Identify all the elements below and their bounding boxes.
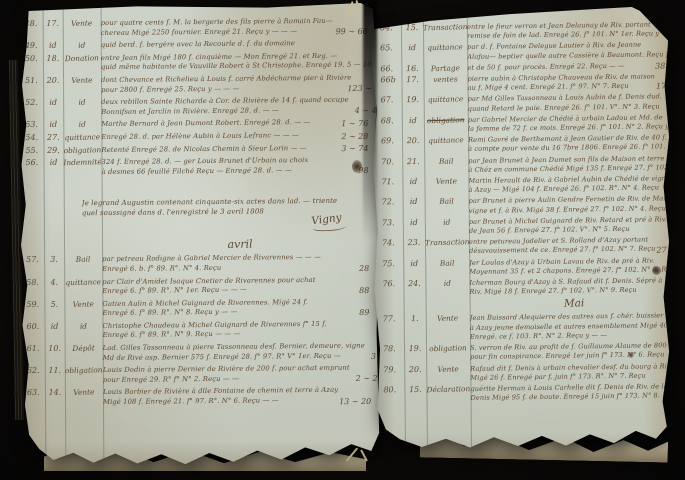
- archival-scan: 48.17.Ventepour quatre cents f. M. la be…: [0, 0, 685, 480]
- entry-type: Vente: [64, 299, 102, 319]
- right-may-entries: 77.1.VenteJean Buissard Alequierre des a…: [381, 312, 672, 404]
- entry-text-line: Enregé 28. d. par Hélène Aubin à Louis L…: [101, 131, 335, 143]
- entry-text-line: Enregé 6. f° 89. R°. N° 1er. Reçu — — —: [102, 285, 336, 297]
- entry-day: 10.: [45, 344, 65, 363]
- entry-day: 1.: [404, 314, 426, 342]
- entry-text: entre petureau Jodelier et S. Rolland d'…: [469, 236, 685, 257]
- entry-text: par Clair d'Amidet Isaque Cnetier de Riv…: [102, 275, 372, 296]
- entry-number: 78.: [381, 344, 404, 363]
- entry-day: id: [43, 41, 63, 51]
- entry-type: quittance: [423, 43, 467, 63]
- ledger-entry: 75.idBailJer Loulas d'Azay à Urbain Lava…: [380, 256, 670, 277]
- entry-number: 74.: [380, 238, 403, 257]
- ink-blot: [352, 160, 362, 173]
- entry-text-line: quand Retard le paie. Enregé 26. f° 101.…: [468, 102, 663, 114]
- entry-number: 53.: [23, 120, 43, 130]
- entry-day: 29.: [43, 145, 63, 155]
- ledger-entry: 67.19.quittancepar Md Gilles Tassonneau …: [379, 93, 669, 114]
- entry-day: id: [44, 158, 64, 177]
- entry-type: Transaction: [425, 237, 469, 257]
- entry-day: 4.: [44, 277, 64, 296]
- entry-text-line: Denis Migé 95 f. de boute. Enregé 15 jui…: [470, 391, 679, 403]
- entry-number: 79.: [381, 365, 404, 384]
- entry-type: Vente: [424, 176, 468, 196]
- ledger-entry: 77.1.VenteJean Buissard Alequierre des a…: [381, 312, 671, 342]
- entry-text: pour quatre cents f. M. la bergerie des …: [101, 17, 371, 38]
- ledger-entry: 69.20.quittanceRemi Gavré de Berthemont …: [379, 134, 669, 155]
- entry-text-line: Migé 26 f. Enregé par f. juin f° 173. R°…: [470, 371, 672, 383]
- entry-text: Marthe Bernard à Jean Dumont Robert. Enr…: [101, 118, 371, 129]
- entry-number: 72.: [380, 198, 403, 217]
- entry-day: 18.: [43, 54, 63, 73]
- entry-number: 65.: [378, 44, 401, 63]
- entry-type: Transaction: [423, 22, 467, 42]
- entry-amount: 13 ~ 20: [339, 397, 371, 406]
- entry-day: 14.: [45, 388, 65, 407]
- entry-day: 11.: [45, 366, 65, 385]
- entry-amount: 89: [359, 308, 369, 317]
- entry-day: id: [402, 177, 424, 196]
- ledger-entry: 65.idquittancepar d. f. Fontaine Delegue…: [378, 41, 668, 62]
- ledger-entry: 62.11.obligationLouis Dodin à pierre Der…: [25, 364, 373, 385]
- entry-type: Vente: [425, 314, 470, 343]
- entry-text-line: chereau Migé 2250 fournier. Enregé 21. R…: [101, 26, 335, 38]
- ledger-entry: 52.ididdeux rebillon Sainte Richarde à C…: [23, 96, 371, 117]
- entry-text-line: Enregé 6. b. f° 89. R°. N° 4. Reçu: [102, 263, 336, 275]
- ledger-entry: 63.14.VenteLouis Barbier de Rivière à dl…: [25, 386, 373, 407]
- entry-amount: 1 ~ 76: [678, 371, 685, 380]
- entry-amount: 17 ~ 36: [664, 50, 685, 59]
- entry-number: 55.: [23, 145, 43, 155]
- entry-day: 3.: [44, 255, 64, 274]
- entry-text-line: au f. Migé 4 cent. Enregé 21. f° 97. N° …: [467, 82, 655, 94]
- entry-type: quittance: [63, 132, 101, 142]
- ledger-entry: 66.16.Partageet de 50 f. pour procès. En…: [378, 61, 668, 73]
- left-april-entries: 57.3.Bailpar petreau Rodigne à Gabriel M…: [24, 253, 373, 407]
- ledger-entry: 73.ididpar Brunet à Michel Guignard de R…: [380, 215, 670, 236]
- entry-text: guérite Herman à Louis Carhelle dit f. D…: [470, 382, 685, 403]
- entry-amount: 38: [655, 62, 665, 71]
- entry-day: 19.: [404, 344, 426, 363]
- entry-amount: 6 ~ 2: [670, 30, 685, 39]
- entry-text: par petreau Rodigne à Gabriel Mercier de…: [102, 253, 372, 274]
- entry-text-line: Bonnifsan et Jarclin in Rivière. Enregé …: [101, 105, 349, 117]
- entry-number: 64.: [378, 23, 401, 42]
- entry-text: Louis Dodin à pierre Dernier de Rivière …: [103, 364, 386, 385]
- entry-text: par Brunet à pierre Aulin Gendre Ferneti…: [469, 195, 685, 216]
- entry-day: 20.: [43, 76, 63, 95]
- entry-text: Rafaud dit f. Denis à urbain chevalier d…: [470, 362, 685, 383]
- entry-text: Gatien Aulin à Michel Guignard de Rivare…: [102, 298, 372, 319]
- entry-number: 80.: [381, 385, 404, 404]
- entry-text: quid berd. f. bergère avec la Recourle d…: [101, 39, 371, 50]
- entry-number: 77.: [381, 315, 404, 343]
- entry-amount: 27 ~ 23: [656, 245, 685, 254]
- entry-number: 50.: [23, 54, 43, 73]
- entry-number: 75.: [380, 259, 403, 278]
- entry-type: Vente: [63, 75, 101, 95]
- entry-type: obligation: [65, 366, 103, 386]
- entry-day: 19.: [402, 95, 424, 114]
- entry-number: 49.: [23, 41, 43, 51]
- entry-day: 16.: [401, 64, 423, 73]
- entry-text-line: Enregé 6. f° 89. R°. N° 8. Reçu y — —: [102, 307, 336, 319]
- entry-text-line: la femme de 72 f. ce mois. Enregé 26. f°…: [468, 122, 669, 134]
- entry-amount: 8 ~ 17: [673, 225, 685, 234]
- entry-text-line: Md de Rivé asp. Bernier 575 f. Enregé 28…: [103, 351, 365, 363]
- entry-text-line: pour Enregé 29. R° f° N° 2. Reçu — —: [103, 373, 350, 385]
- entry-type: obligation: [424, 115, 468, 135]
- entry-amount: 28: [359, 263, 369, 272]
- entry-number: 76.: [380, 279, 403, 298]
- entry-type: obligation: [63, 145, 101, 155]
- entry-type: id: [425, 217, 469, 237]
- ledger-entry: 53.ididMarthe Bernard à Jean Dumont Robe…: [23, 118, 371, 130]
- entry-day: id: [402, 116, 424, 135]
- entry-amount: 8 ~ 80: [679, 351, 685, 360]
- entry-amount: 88: [359, 286, 369, 295]
- entry-number: 51.: [23, 76, 43, 95]
- entry-type: id: [63, 40, 101, 50]
- entry-day: id: [43, 120, 63, 130]
- left-page: 48.17.Ventepour quatre cents f. M. la be…: [18, 4, 380, 474]
- entry-day: 17.: [401, 75, 423, 94]
- entry-number: 48.: [23, 19, 43, 38]
- ledger-entry: 68.idobligationpar Gabriel Mercier de Ch…: [379, 113, 669, 134]
- entry-day: id: [43, 98, 63, 117]
- ink-blot: [652, 266, 661, 275]
- entry-text: S. verron de Riv. au profit de f. Guilla…: [470, 341, 685, 362]
- entry-text-line: à compte pour vente du 16 7bre 1806. Enr…: [468, 142, 685, 154]
- ledger-entry: 54.27.quittanceEnregé 28. d. par Hélène …: [23, 131, 371, 143]
- entry-type: Bail: [425, 258, 469, 278]
- ledger-entry: 74.23.Transactionentre petureau Jodelier…: [380, 236, 670, 257]
- entry-text-line: à Azay — Migé 104 f. Enregé 26. f° 102. …: [468, 183, 670, 195]
- entry-day: 21.: [402, 157, 424, 176]
- ledger-entry: 64.15.Transactionentre le fieur verron e…: [378, 21, 668, 42]
- entry-number: 60.: [25, 322, 45, 341]
- entry-day: id: [45, 322, 65, 341]
- entry-text: Lad. Gilles Tassonneau à pierre Tassonne…: [103, 342, 401, 363]
- entry-number: 66.: [378, 64, 401, 73]
- entry-text: Remi Gavré de Berthemont à Jean Gautier …: [468, 133, 685, 154]
- entry-type: Vente: [65, 388, 103, 408]
- entry-type: Partage: [423, 63, 467, 73]
- entry-number: 73.: [380, 218, 403, 237]
- entry-number: 54.: [23, 133, 43, 143]
- ledger-entry: 70.21.Bailpar Jean Brunet à Jean Dumet s…: [379, 154, 669, 175]
- entry-type: Vente: [62, 18, 100, 38]
- ledger-entry: 59.5.VenteGatien Aulin à Michel Guignard…: [24, 298, 372, 319]
- entry-text: pierre aubin à Christophe Chauveau de Ri…: [467, 72, 685, 93]
- entry-text-line: vigne et f. à Riv. Migé 38 f. Enregé 27.…: [469, 204, 680, 216]
- entry-text-line: Enregé 6. f° 89. R°. N° 9. Reçu — — —: [103, 329, 337, 341]
- entry-text: Martin Herault de Riv. à Gabriel Aubin d…: [468, 174, 685, 195]
- left-march-entries: 48.17.Ventepour quatre cents f. M. la be…: [23, 17, 372, 177]
- entry-text-line: Retenté Enregé 28. de Nicolas Chemin à S…: [101, 143, 335, 155]
- entry-type: Bail: [424, 156, 468, 176]
- entry-text: Jean Buissard Alequierre des autres aux …: [470, 312, 685, 342]
- entry-amount: 4 ~ 40: [676, 184, 685, 193]
- ledger-entry: 66b17.ventespierre aubin à Christophe Ch…: [378, 73, 668, 94]
- entry-text: Christophe Chaudeau à Michel Guignard de…: [103, 320, 373, 341]
- entry-type: Dépôt: [64, 343, 102, 363]
- entry-amount: 12 ~ 92: [680, 392, 685, 401]
- ledger-entry: 58.4.quittancepar Clair d'Amidet Isaque …: [24, 275, 372, 296]
- entry-day: 27.: [43, 133, 63, 143]
- entry-text: par d. f. Fontaine Delegue Lautier à Riv…: [467, 41, 685, 62]
- entry-text-line: de Jean 56 f. Enregé 27. f° 102. V°. N° …: [469, 224, 667, 236]
- ink-blot: [628, 352, 634, 358]
- ledger-entry: 56.idIndemnité324 f. Enregé 28. d. — ger…: [24, 156, 372, 177]
- entry-number: 52.: [23, 98, 43, 117]
- entry-number: 61.: [25, 344, 45, 363]
- entry-type: Bail: [64, 255, 102, 275]
- entry-number: 58.: [24, 277, 44, 296]
- entry-text-line: Enregé. ce f. 103. R°. N° 2. Reçu y — —: [470, 330, 679, 342]
- entry-number: 70.: [379, 157, 402, 176]
- ledger-entry: 76.24.idIcherman Bourg d'Azay à S. Rafau…: [380, 277, 670, 298]
- entry-day: 5.: [44, 300, 64, 319]
- entry-text: Icherman Bourg d'Azay à S. Rafaud dit f.…: [469, 276, 685, 297]
- entry-text: deux rebillon Sainte Richarde à Cor. de …: [101, 96, 385, 117]
- right-april-entries: 64.15.Transactionentre le fieur verron e…: [378, 21, 671, 298]
- entry-day: id: [403, 197, 425, 216]
- entry-text-line: quid même habitante de Vauville Robert à…: [101, 61, 372, 73]
- entry-day: 15.: [401, 23, 423, 42]
- entry-day: id: [403, 259, 425, 278]
- entry-day: id: [401, 43, 423, 62]
- ledger-entry: 79.20.VenteRafaud dit f. Denis à urbain …: [381, 362, 671, 383]
- entry-text: et de 50 f. pour procès. Enregé 22. Reçu…: [467, 61, 668, 72]
- entry-text: Enregé 28. d. par Hélène Aubin à Louis L…: [101, 131, 371, 142]
- entry-number: 68.: [379, 116, 402, 135]
- entry-text-line: Alafou— beptier quelle autre Cassière à …: [467, 50, 663, 62]
- right-page: 64.15.Transactionentre le fieur verron e…: [372, 8, 674, 470]
- entry-text: entre Jean fils Migé 180 f. cinquième — …: [101, 52, 408, 73]
- entry-number: 67.: [379, 96, 402, 115]
- entry-number: 59.: [24, 300, 44, 319]
- closing-note: Je legrand Augustin contenant cinquante-…: [82, 197, 372, 237]
- entry-day: 20.: [404, 364, 426, 383]
- entry-text-line: pour 2800 f. Enregé 25. Reçu y — — —: [101, 83, 352, 95]
- entry-text-line: Marthe Bernard à Jean Dumont Robert. Enr…: [101, 118, 335, 130]
- entry-day: 20.: [402, 136, 424, 155]
- ledger-entry: 49.ididquid berd. f. bergère avec la Rec…: [23, 39, 371, 51]
- ledger-entry: 61.10.DépôtLad. Gilles Tassonneau à pier…: [25, 342, 373, 363]
- entry-day: 17.: [43, 19, 63, 38]
- entry-type: Donation: [63, 53, 101, 73]
- entry-type: Vente: [426, 364, 470, 384]
- entry-text-line: pour fin conspirance. Enregé 1er juin f°…: [470, 351, 674, 363]
- entry-text-line: à desmes 66 feuillé Filché Reçu — Enregé…: [102, 165, 336, 177]
- entry-day: 23.: [403, 238, 425, 257]
- entry-type: Déclaration: [426, 384, 470, 404]
- ledger-entry: 71.idVenteMartin Herault de Riv. à Gabri…: [379, 175, 669, 196]
- entry-text-line: remise de foin de lad. Enregé 26. f° 101…: [467, 30, 659, 42]
- entry-number: 62.: [25, 366, 45, 385]
- entry-text: Louis Barbier de Rivière à dlle Fontaine…: [103, 386, 374, 407]
- entry-amount: 17 ~ 60: [656, 82, 685, 91]
- entry-text-line: quid berd. f. bergère avec la Recourle d…: [101, 39, 335, 51]
- entry-text: par Md Gilles Tassonneau à Louis Aubin d…: [468, 93, 685, 114]
- entry-type: ventes: [423, 74, 467, 94]
- entry-day: id: [403, 218, 425, 237]
- entry-text: 324 f. Enregé 28. d. — ger Louis Brunet …: [102, 156, 372, 177]
- entry-number: 71.: [379, 177, 402, 196]
- ledger-entry: 51.20.Ventedont Chevance et Richelieu à …: [23, 74, 371, 95]
- entry-type: quittance: [423, 95, 467, 115]
- entry-type: id: [64, 321, 102, 341]
- entry-number: 63.: [25, 388, 45, 407]
- ledger-entry: 48.17.Ventepour quatre cents f. M. la be…: [23, 17, 371, 38]
- entry-day: 15.: [404, 385, 426, 404]
- entry-type: obligation: [426, 343, 470, 363]
- entry-text: par Brunet à Michel Guignard de Riv. Ret…: [469, 215, 685, 236]
- month-header-may: Mai: [477, 295, 670, 312]
- signature: Vigny: [311, 211, 347, 235]
- entry-text: dont Chevance et Richelieu à Louis f. ca…: [101, 74, 388, 95]
- entry-number: 69.: [379, 136, 402, 155]
- entry-type: quittance: [64, 277, 102, 297]
- ledger-entry: 72.idBailpar Brunet à pierre Aulin Gendr…: [380, 195, 670, 216]
- binding-gutter: [363, 0, 377, 240]
- entry-text-line: et de 50 f. pour procès. Enregé 22. Reçu…: [467, 61, 632, 72]
- entry-text-line: Migé 108 f. Enregé 21. f° 97. R°. N° 6. …: [103, 396, 338, 408]
- entry-type: Indemnité: [63, 157, 101, 177]
- entry-type: id: [63, 120, 101, 130]
- entry-number: 56.: [24, 158, 44, 177]
- entry-number: 57.: [24, 255, 44, 274]
- entry-text: entre le fieur verron et Jean Delaunay d…: [467, 20, 685, 41]
- entry-text: par Gabriel Mercier de Chédié à urbain L…: [468, 113, 685, 134]
- entry-text: Retenté Enregé 28. de Nicolas Chemin à S…: [101, 143, 371, 154]
- ledger-entry: 80.15.Déclarationguérite Herman à Louis …: [381, 382, 671, 403]
- entry-number: 66b: [378, 75, 401, 94]
- entry-text-line: Moyennant 35 f. et 2 chapons. Enregé 27.…: [469, 265, 678, 277]
- ledger-entry: 57.3.Bailpar petreau Rodigne à Gabriel M…: [24, 253, 372, 274]
- month-header-april: avril: [108, 235, 372, 254]
- entry-type: id: [63, 97, 101, 117]
- entry-type: quittance: [424, 135, 468, 155]
- ledger-entry: 60.ididChristophe Chaudeau à Michel Guig…: [25, 320, 373, 341]
- entry-text-line: à Chéz en commune Chédié Migé 135 f. Enr…: [468, 163, 685, 175]
- ledger-entry: 50.18.Donationentre Jean fils Migé 180 f…: [23, 52, 371, 73]
- entry-day: 24.: [403, 279, 425, 298]
- entry-type: id: [425, 278, 469, 298]
- entry-text-line: désavouissement de ce. Enregé 27. f° 102…: [469, 245, 656, 257]
- ledger-entry: 55.29.obligationRetenté Enregé 28. de Ni…: [23, 143, 371, 155]
- entry-text: par Jean Brunet à Jean Dumet son fils de…: [468, 154, 685, 175]
- entry-type: Bail: [424, 197, 468, 217]
